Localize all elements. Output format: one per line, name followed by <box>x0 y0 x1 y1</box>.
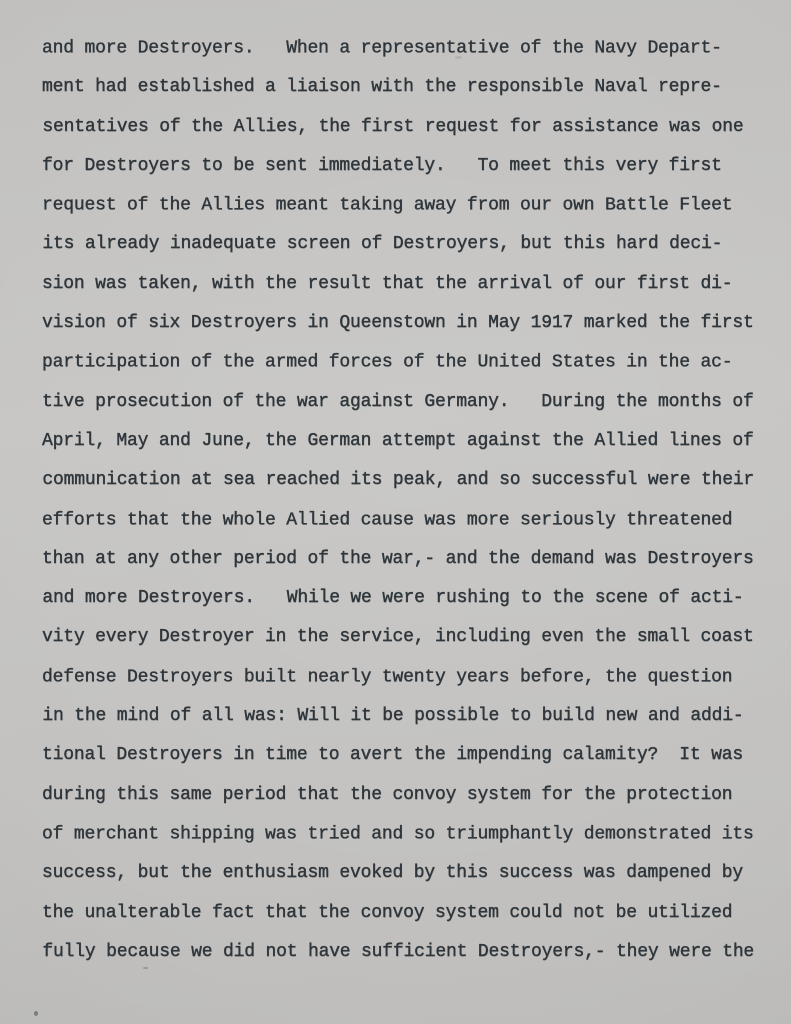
text-line: ment had established a liaison with the … <box>42 68 781 107</box>
text-line: fully because we did not have sufficient… <box>42 933 781 972</box>
text-line: of merchant shipping was tried and so tr… <box>42 815 781 854</box>
document-page: and more Destroyers. When a representati… <box>0 0 791 1024</box>
text-line: than at any other period of the war,- an… <box>42 540 781 579</box>
text-line: the unalterable fact that the convoy sys… <box>42 894 781 933</box>
text-line: communication at sea reached its peak, a… <box>42 461 781 500</box>
text-line: vision of six Destroyers in Queenstown i… <box>42 304 781 343</box>
text-line: tive prosecution of the war against Germ… <box>42 383 781 422</box>
scan-speck <box>143 967 148 969</box>
text-line: vity every Destroyer in the service, inc… <box>42 618 781 657</box>
text-line: request of the Allies meant taking away … <box>42 186 781 225</box>
text-line: and more Destroyers. While we were rushi… <box>42 579 781 618</box>
text-line: success, but the enthusiasm evoked by th… <box>42 854 781 893</box>
text-line: its already inadequate screen of Destroy… <box>42 225 781 264</box>
text-line: for Destroyers to be sent immediately. T… <box>42 147 781 186</box>
text-line: defense Destroyers built nearly twenty y… <box>42 658 781 697</box>
text-line: participation of the armed forces of the… <box>42 344 781 383</box>
text-line: sion was taken, with the result that the… <box>42 265 781 304</box>
text-line: sentatives of the Allies, the first requ… <box>42 108 781 147</box>
text-line: April, May and June, the German attempt … <box>42 422 781 461</box>
text-line: tional Destroyers in time to avert the i… <box>42 736 781 775</box>
text-line: during this same period that the convoy … <box>42 776 781 815</box>
text-block: and more Destroyers. When a representati… <box>42 29 781 972</box>
text-line: and more Destroyers. When a representati… <box>42 29 781 68</box>
scan-speck <box>455 56 462 59</box>
scan-speck <box>34 1011 38 1016</box>
text-line: in the mind of all was: Will it be possi… <box>42 697 781 736</box>
text-line: efforts that the whole Allied cause was … <box>42 501 781 540</box>
